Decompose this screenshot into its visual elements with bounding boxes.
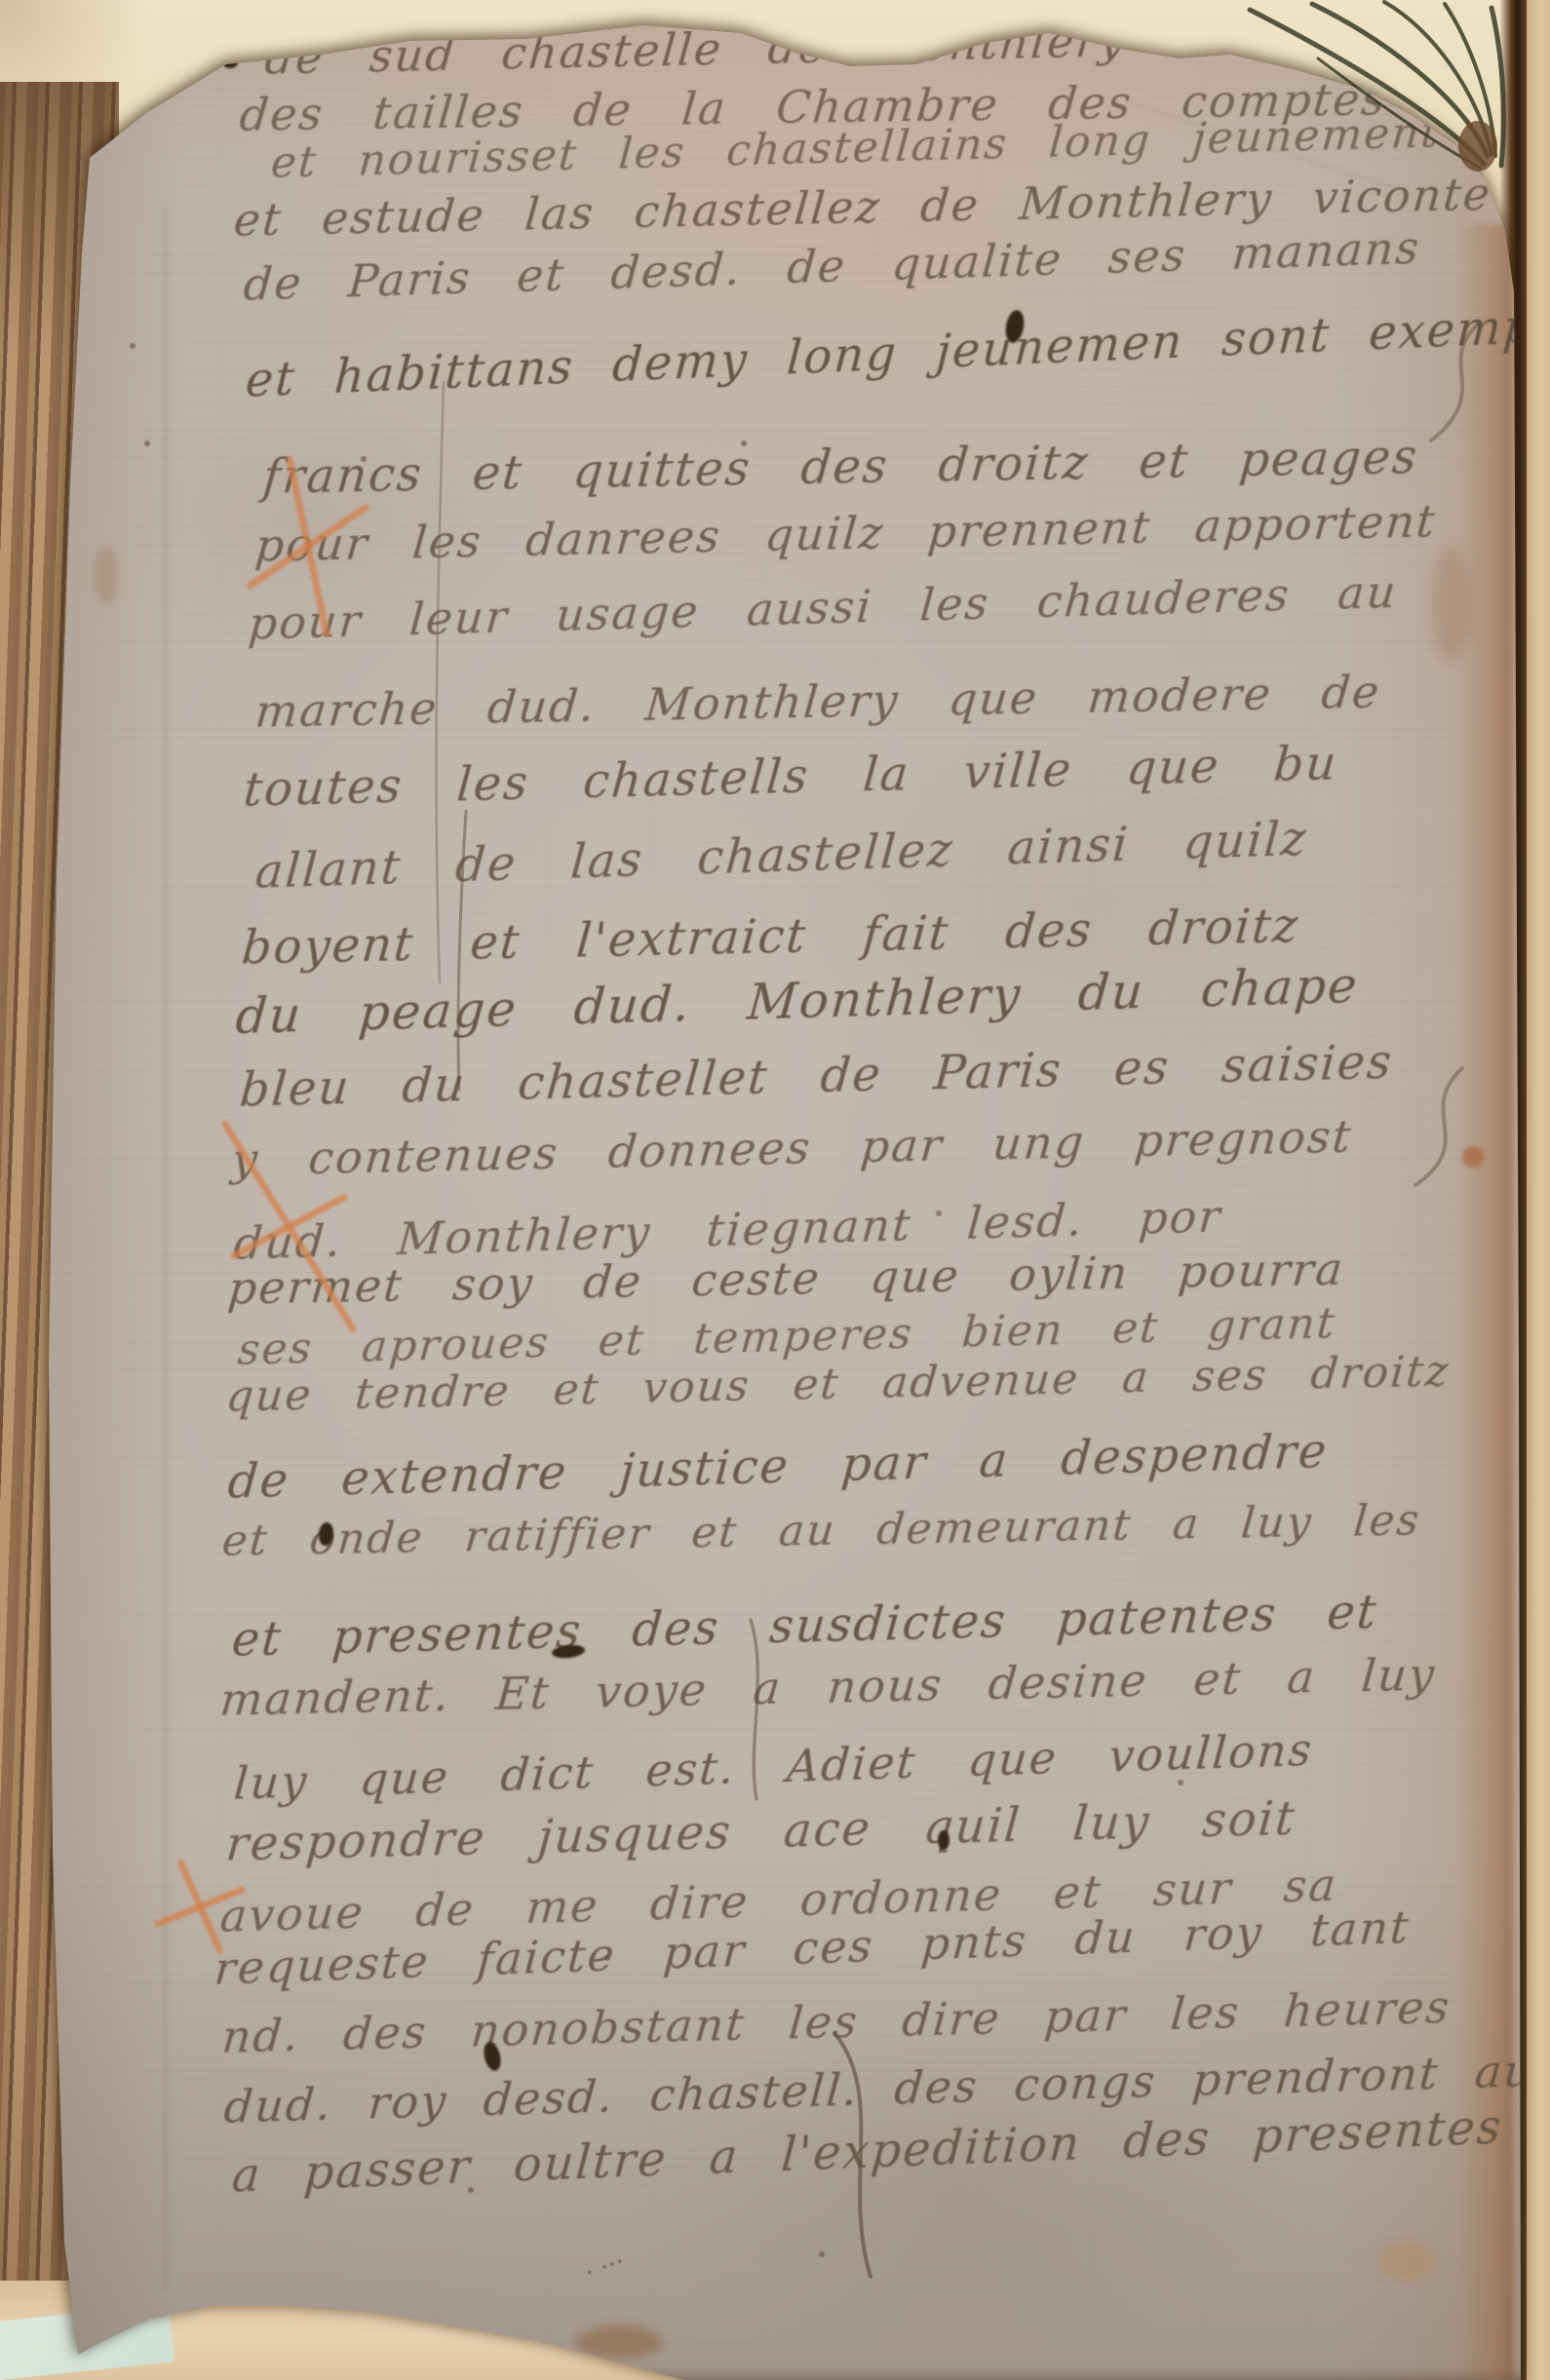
thread-knot [1458,121,1497,172]
manuscript-photo: de sud chastelle de Monthlery des traver… [0,0,1550,2380]
ink-flourish [1431,324,1479,441]
ink-blot [208,2360,281,2380]
ink-flourish [834,2033,871,2277]
manuscript-leaf-wrapper: de sud chastelle de Monthlery des traver… [0,0,1550,2380]
ink-flourish [437,382,444,982]
ink-blot [148,2366,174,2379]
ink-blot [259,2371,299,2380]
ink-flourish [751,1620,757,1799]
ink-flourish [458,811,466,1090]
binding-threads [0,0,1550,292]
manuscript-leaf: de sud chastelle de Monthlery des traver… [0,0,1550,2380]
ink-flourish-strokes [0,0,1550,2380]
ink-flourish [1415,1068,1462,1185]
